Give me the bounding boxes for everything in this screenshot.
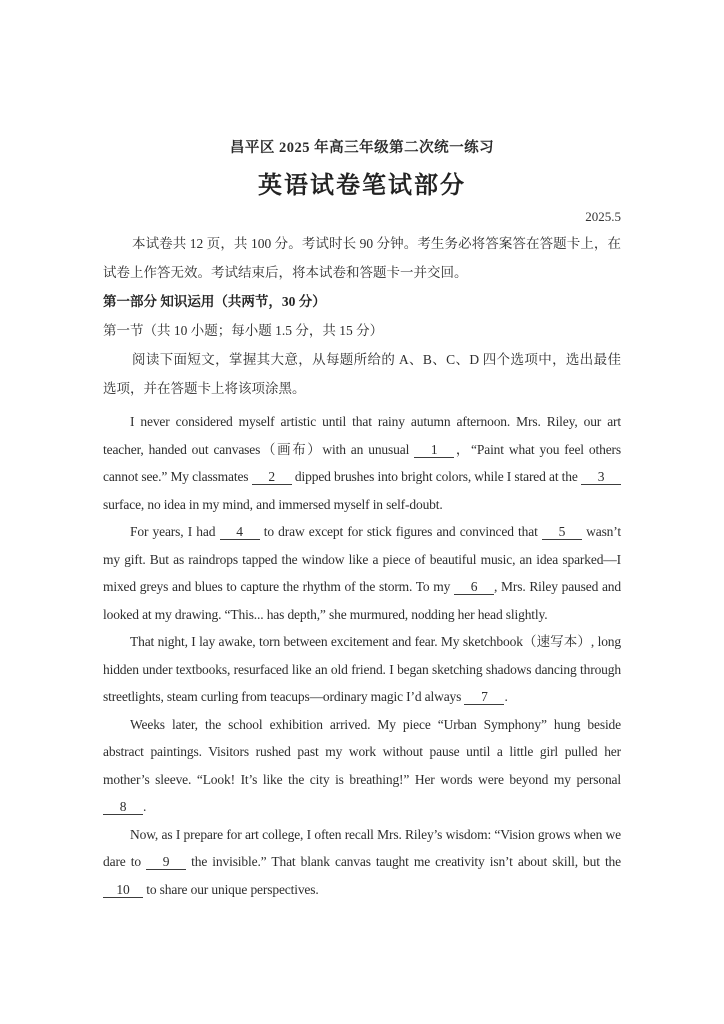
passage-text: . bbox=[143, 799, 146, 814]
passage-paragraph: That night, I lay awake, torn between ex… bbox=[103, 628, 621, 711]
cloze-blank-10: 10 bbox=[103, 882, 143, 898]
cloze-blank-3: 3 bbox=[581, 469, 621, 485]
exam-page: 昌平区 2025 年高三年级第二次统一练习 英语试卷笔试部分 2025.5 本试… bbox=[0, 0, 724, 1024]
exam-title-line1: 昌平区 2025 年高三年级第二次统一练习 bbox=[103, 136, 621, 157]
cloze-blank-2: 2 bbox=[252, 469, 292, 485]
passage-paragraph: I never considered myself artistic until… bbox=[103, 408, 621, 518]
exam-title-line2: 英语试卷笔试部分 bbox=[103, 165, 621, 200]
cloze-blank-8: 8 bbox=[103, 799, 143, 815]
exam-date: 2025.5 bbox=[103, 209, 621, 225]
passage-text: For years, I had bbox=[130, 524, 220, 539]
passage-text: Weeks later, the school exhibition arriv… bbox=[103, 717, 621, 787]
passage-text: the invisible.” That blank canvas taught… bbox=[186, 854, 621, 869]
passage-text: to share our unique perspectives. bbox=[143, 882, 319, 897]
section1-heading: 第一节（共 10 小题；每小题 1.5 分，共 15 分） bbox=[103, 316, 621, 345]
exam-notice: 本试卷共 12 页，共 100 分。考试时长 90 分钟。考生务必将答案答在答题… bbox=[103, 229, 621, 287]
passage-text: surface, no idea in my mind, and immerse… bbox=[103, 497, 443, 512]
cloze-blank-7: 7 bbox=[464, 689, 504, 705]
passage-paragraph: Now, as I prepare for art college, I oft… bbox=[103, 821, 621, 904]
cloze-blank-9: 9 bbox=[146, 854, 186, 870]
passage-text: . bbox=[504, 689, 507, 704]
cloze-blank-4: 4 bbox=[220, 524, 260, 540]
part1-heading: 第一部分 知识运用（共两节，30 分） bbox=[103, 287, 621, 316]
cloze-blank-5: 5 bbox=[542, 524, 582, 540]
passage-text: dipped brushes into bright colors, while… bbox=[292, 469, 581, 484]
page-content: 昌平区 2025 年高三年级第二次统一练习 英语试卷笔试部分 2025.5 本试… bbox=[0, 0, 724, 903]
cloze-blank-6: 6 bbox=[454, 579, 494, 595]
section1-directions: 阅读下面短文，掌握其大意，从每题所给的 A、B、C、D 四个选项中，选出最佳选项… bbox=[103, 345, 621, 403]
passage-paragraph: For years, I had 4 to draw except for st… bbox=[103, 518, 621, 628]
passage: I never considered myself artistic until… bbox=[103, 408, 621, 903]
passage-text: to draw except for stick figures and con… bbox=[260, 524, 542, 539]
passage-text: That night, I lay awake, torn between ex… bbox=[103, 634, 621, 704]
passage-paragraph: Weeks later, the school exhibition arriv… bbox=[103, 711, 621, 821]
cloze-blank-1: 1 bbox=[414, 442, 454, 458]
document-header: 昌平区 2025 年高三年级第二次统一练习 英语试卷笔试部分 bbox=[103, 136, 621, 200]
